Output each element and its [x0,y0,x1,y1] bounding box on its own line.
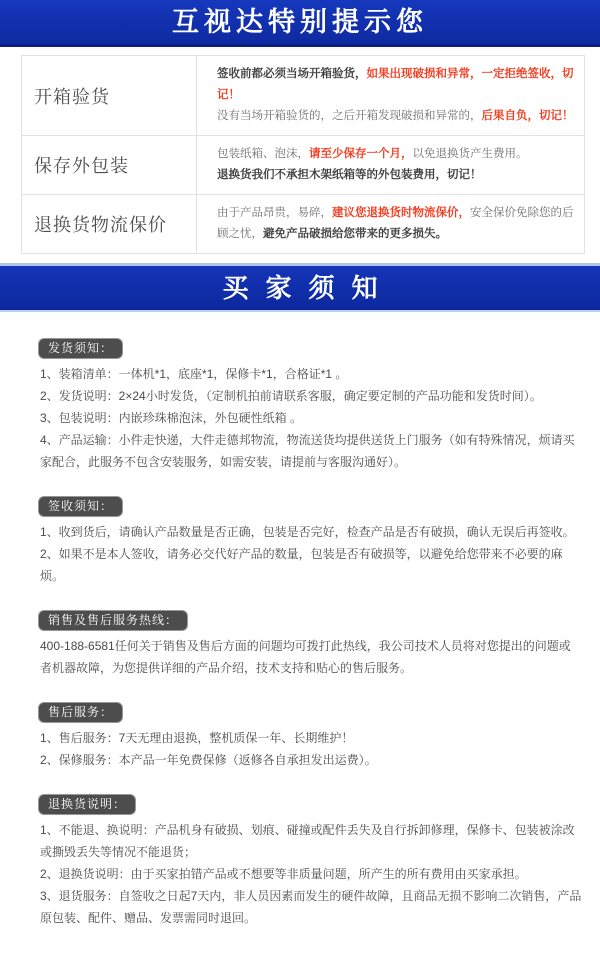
section-item: 2、如果不是本人签收，请务必交代好产品的数量，包装是否有破损等，以避免给您带来不… [38,543,582,587]
text-segment: 包装纸箱、泡沫， [217,148,309,160]
table-row: 退换货物流保价由于产品昂贵，易碎，建议您退换货时物流保价，安全保价免除您的后顾之… [22,195,585,254]
text-segment: 以免退换货产生费用。 [413,148,528,160]
notice-section: 售后服务：1、售后服务：7天无理由退换，整机质保一年、长期维护！2、保修服务：本… [38,702,582,771]
row-label: 保存外包装 [22,136,197,195]
section-item: 1、售后服务：7天无理由退换，整机质保一年、长期维护！ [38,727,582,749]
section-item: 1、装箱清单：一体机*1，底座*1，保修卡*1，合格证*1 。 [38,363,582,385]
table-row: 保存外包装包装纸箱、泡沫，请至少保存一个月，以免退换货产生费用。退换货我们不承担… [22,136,585,195]
row-content-line: 由于产品昂贵，易碎，建议您退换货时物流保价，安全保价免除您的后顾之忧，避免产品破… [217,203,574,245]
section-badge: 退换货说明： [38,794,136,815]
row-content: 由于产品昂贵，易碎，建议您退换货时物流保价，安全保价免除您的后顾之忧，避免产品破… [197,195,585,254]
row-label: 退换货物流保价 [22,195,197,254]
section-item: 3、包装说明：内嵌珍珠棉泡沫，外包硬性纸箱 。 [38,407,582,429]
section-item: 1、收到货后，请确认产品数量是否正确，包装是否完好，检查产品是否有破损，确认无误… [38,521,582,543]
notice-table: 开箱验货签收前都必须当场开箱验货，如果出现破损和异常，一定拒绝签收，切记！没有当… [21,55,585,254]
row-content-line: 退换货我们不承担木架纸箱等的外包装费用，切记！ [217,165,574,186]
row-content-line: 没有当场开箱验货的，之后开箱发现破损和异常的，后果自负，切记！ [217,106,574,127]
notice-section: 销售及售后服务热线：400-188-6581任何关于销售及售后方面的问题均可拨打… [38,610,582,679]
section-item: 2、退换货说明：由于买家拍错产品或不想要等非质量问题，所产生的所有费用由买家承担… [38,863,582,885]
row-content-line: 包装纸箱、泡沫，请至少保存一个月，以免退换货产生费用。 [217,144,574,165]
row-label: 开箱验货 [22,56,197,136]
row-content: 签收前都必须当场开箱验货，如果出现破损和异常，一定拒绝签收，切记！没有当场开箱验… [197,56,585,136]
brand-notice-title: 互视达特别提示您 [172,9,428,36]
buyer-notice-band: 买家须知 [0,263,600,312]
row-content-line: 签收前都必须当场开箱验货，如果出现破损和异常，一定拒绝签收，切记！ [217,64,574,106]
text-segment: 由于产品昂贵，易碎， [217,207,332,219]
notice-section: 退换货说明：1、不能退、换说明：产品机身有破损、划痕、碰撞或配件丢失及自行拆卸修… [38,794,582,929]
text-segment: 签收前都必须当场开箱验货， [217,68,367,80]
table-row: 开箱验货签收前都必须当场开箱验货，如果出现破损和异常，一定拒绝签收，切记！没有当… [22,56,585,136]
notice-section: 签收须知：1、收到货后，请确认产品数量是否正确，包装是否完好，检查产品是否有破损… [38,496,582,587]
brand-notice-header: 互视达特别提示您 [0,0,600,47]
section-badge: 销售及售后服务热线： [38,610,188,631]
notice-table-body: 开箱验货签收前都必须当场开箱验货，如果出现破损和异常，一定拒绝签收，切记！没有当… [22,56,585,254]
section-badge: 签收须知： [38,496,123,517]
section-item: 1、不能退、换说明：产品机身有破损、划痕、碰撞或配件丢失及自行拆卸修理，保修卡、… [38,819,582,863]
text-segment: 退换货我们不承担木架纸箱等的外包装费用，切记！ [217,169,482,181]
section-badge: 发货须知： [38,338,123,359]
section-item: 400-188-6581任何关于销售及售后方面的问题均可拨打此热线，我公司技术人… [38,635,582,679]
text-segment: 建议您退换货时物流保价， [332,207,470,219]
section-item: 2、保修服务：本产品一年免费保修（返修各自承担发出运费）。 [38,749,582,771]
row-content: 包装纸箱、泡沫，请至少保存一个月，以免退换货产生费用。退换货我们不承担木架纸箱等… [197,136,585,195]
store-notice-page: 互视达特别提示您 开箱验货签收前都必须当场开箱验货，如果出现破损和异常，一定拒绝… [0,0,600,955]
notice-section: 发货须知：1、装箱清单：一体机*1，底座*1，保修卡*1，合格证*1 。2、发货… [38,338,582,473]
buyer-notice-sections: 发货须知：1、装箱清单：一体机*1，底座*1，保修卡*1，合格证*1 。2、发货… [0,312,600,955]
section-badge: 售后服务： [38,702,123,723]
buyer-notice-title: 买家须知 [205,275,394,301]
section-item: 3、退货服务：自签收之日起7天内，非人员因素而发生的硬件故障，且商品无损不影响二… [38,885,582,929]
text-segment: 避免产品破损给您带来的更多损失。 [263,228,447,240]
section-item: 2、发货说明：2×24小时发货，（定制机拍前请联系客服，确定要定制的产品功能和发… [38,385,582,407]
text-segment: 后果自负，切记！ [482,110,574,122]
text-segment: 请至少保存一个月， [309,148,413,160]
text-segment: 没有当场开箱验货的，之后开箱发现破损和异常的， [217,110,482,122]
section-item: 4、产品运输：小件走快递，大件走德邦物流，物流送货均提供送货上门服务（如有特殊情… [38,429,582,473]
